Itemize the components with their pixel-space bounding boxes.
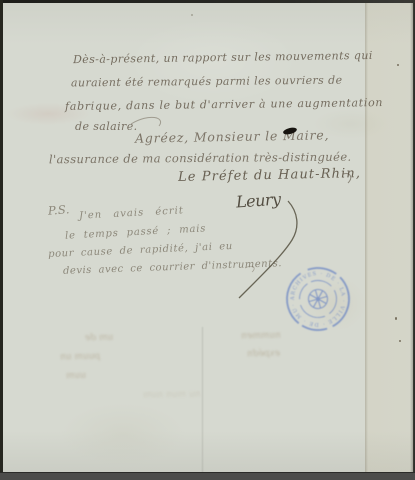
paper-speck bbox=[395, 317, 397, 320]
paper-speck bbox=[399, 340, 401, 342]
wheel-emblem bbox=[306, 287, 330, 311]
postscript-line-4: devis avec ce courrier d'instruments. bbox=[63, 258, 282, 277]
scan-edge-bottom bbox=[0, 472, 415, 480]
bleedthrough-fragment: nummen bbox=[241, 331, 281, 342]
closing-salutation: Agréez, Monsieur le Maire, bbox=[135, 127, 330, 145]
center-crease bbox=[202, 327, 203, 475]
scan-edge-left bbox=[0, 0, 3, 480]
closing-assurance-line: l'assurance de ma considération très-dis… bbox=[49, 150, 352, 167]
bleedthrough-fragment: puum un bbox=[60, 352, 101, 363]
letter-body-line-2: auraient été remarqués parmi les ouvrier… bbox=[71, 74, 343, 90]
postscript-line-1: J'en avais écrit bbox=[79, 205, 184, 221]
scanned-letter-page: Dès-à-présent, un rapport sur les mouvem… bbox=[0, 0, 415, 480]
bleedthrough-fragment: um de bbox=[85, 333, 113, 343]
postscript-label: P.S. bbox=[48, 202, 71, 217]
signoff-title-line: Le Préfet du Haut-Rhin, bbox=[178, 166, 361, 185]
archive-stamp: · ARCHIVES · DE · LA · VILLE · DE · MULH… bbox=[276, 257, 360, 341]
signature: Leury bbox=[235, 189, 281, 211]
scan-edge-right bbox=[410, 0, 415, 480]
letter-body-line-1: Dès-à-présent, un rapport sur les mouvem… bbox=[73, 49, 373, 66]
paper-speck bbox=[191, 14, 193, 16]
postscript-line-3: pour cause de rapidité, j'ai eu bbox=[48, 241, 233, 260]
scan-edge-top bbox=[0, 0, 415, 3]
postscript-line-2: le temps passé ; mais bbox=[65, 223, 207, 241]
paper-speck bbox=[397, 64, 399, 66]
letter-body-line-4: de salaire. bbox=[75, 120, 138, 133]
letter-body-line-3: fabrique, dans le but d'arriver à une au… bbox=[65, 96, 383, 113]
bleedthrough-fragment: nu mun num bbox=[143, 389, 201, 400]
bleedthrough-fragment: expédn bbox=[247, 349, 280, 360]
bleedthrough-fragment: uum bbox=[66, 371, 86, 381]
paper-sheet: Dès-à-présent, un rapport sur les mouvem… bbox=[3, 2, 413, 473]
page-fold-strip bbox=[365, 2, 414, 473]
